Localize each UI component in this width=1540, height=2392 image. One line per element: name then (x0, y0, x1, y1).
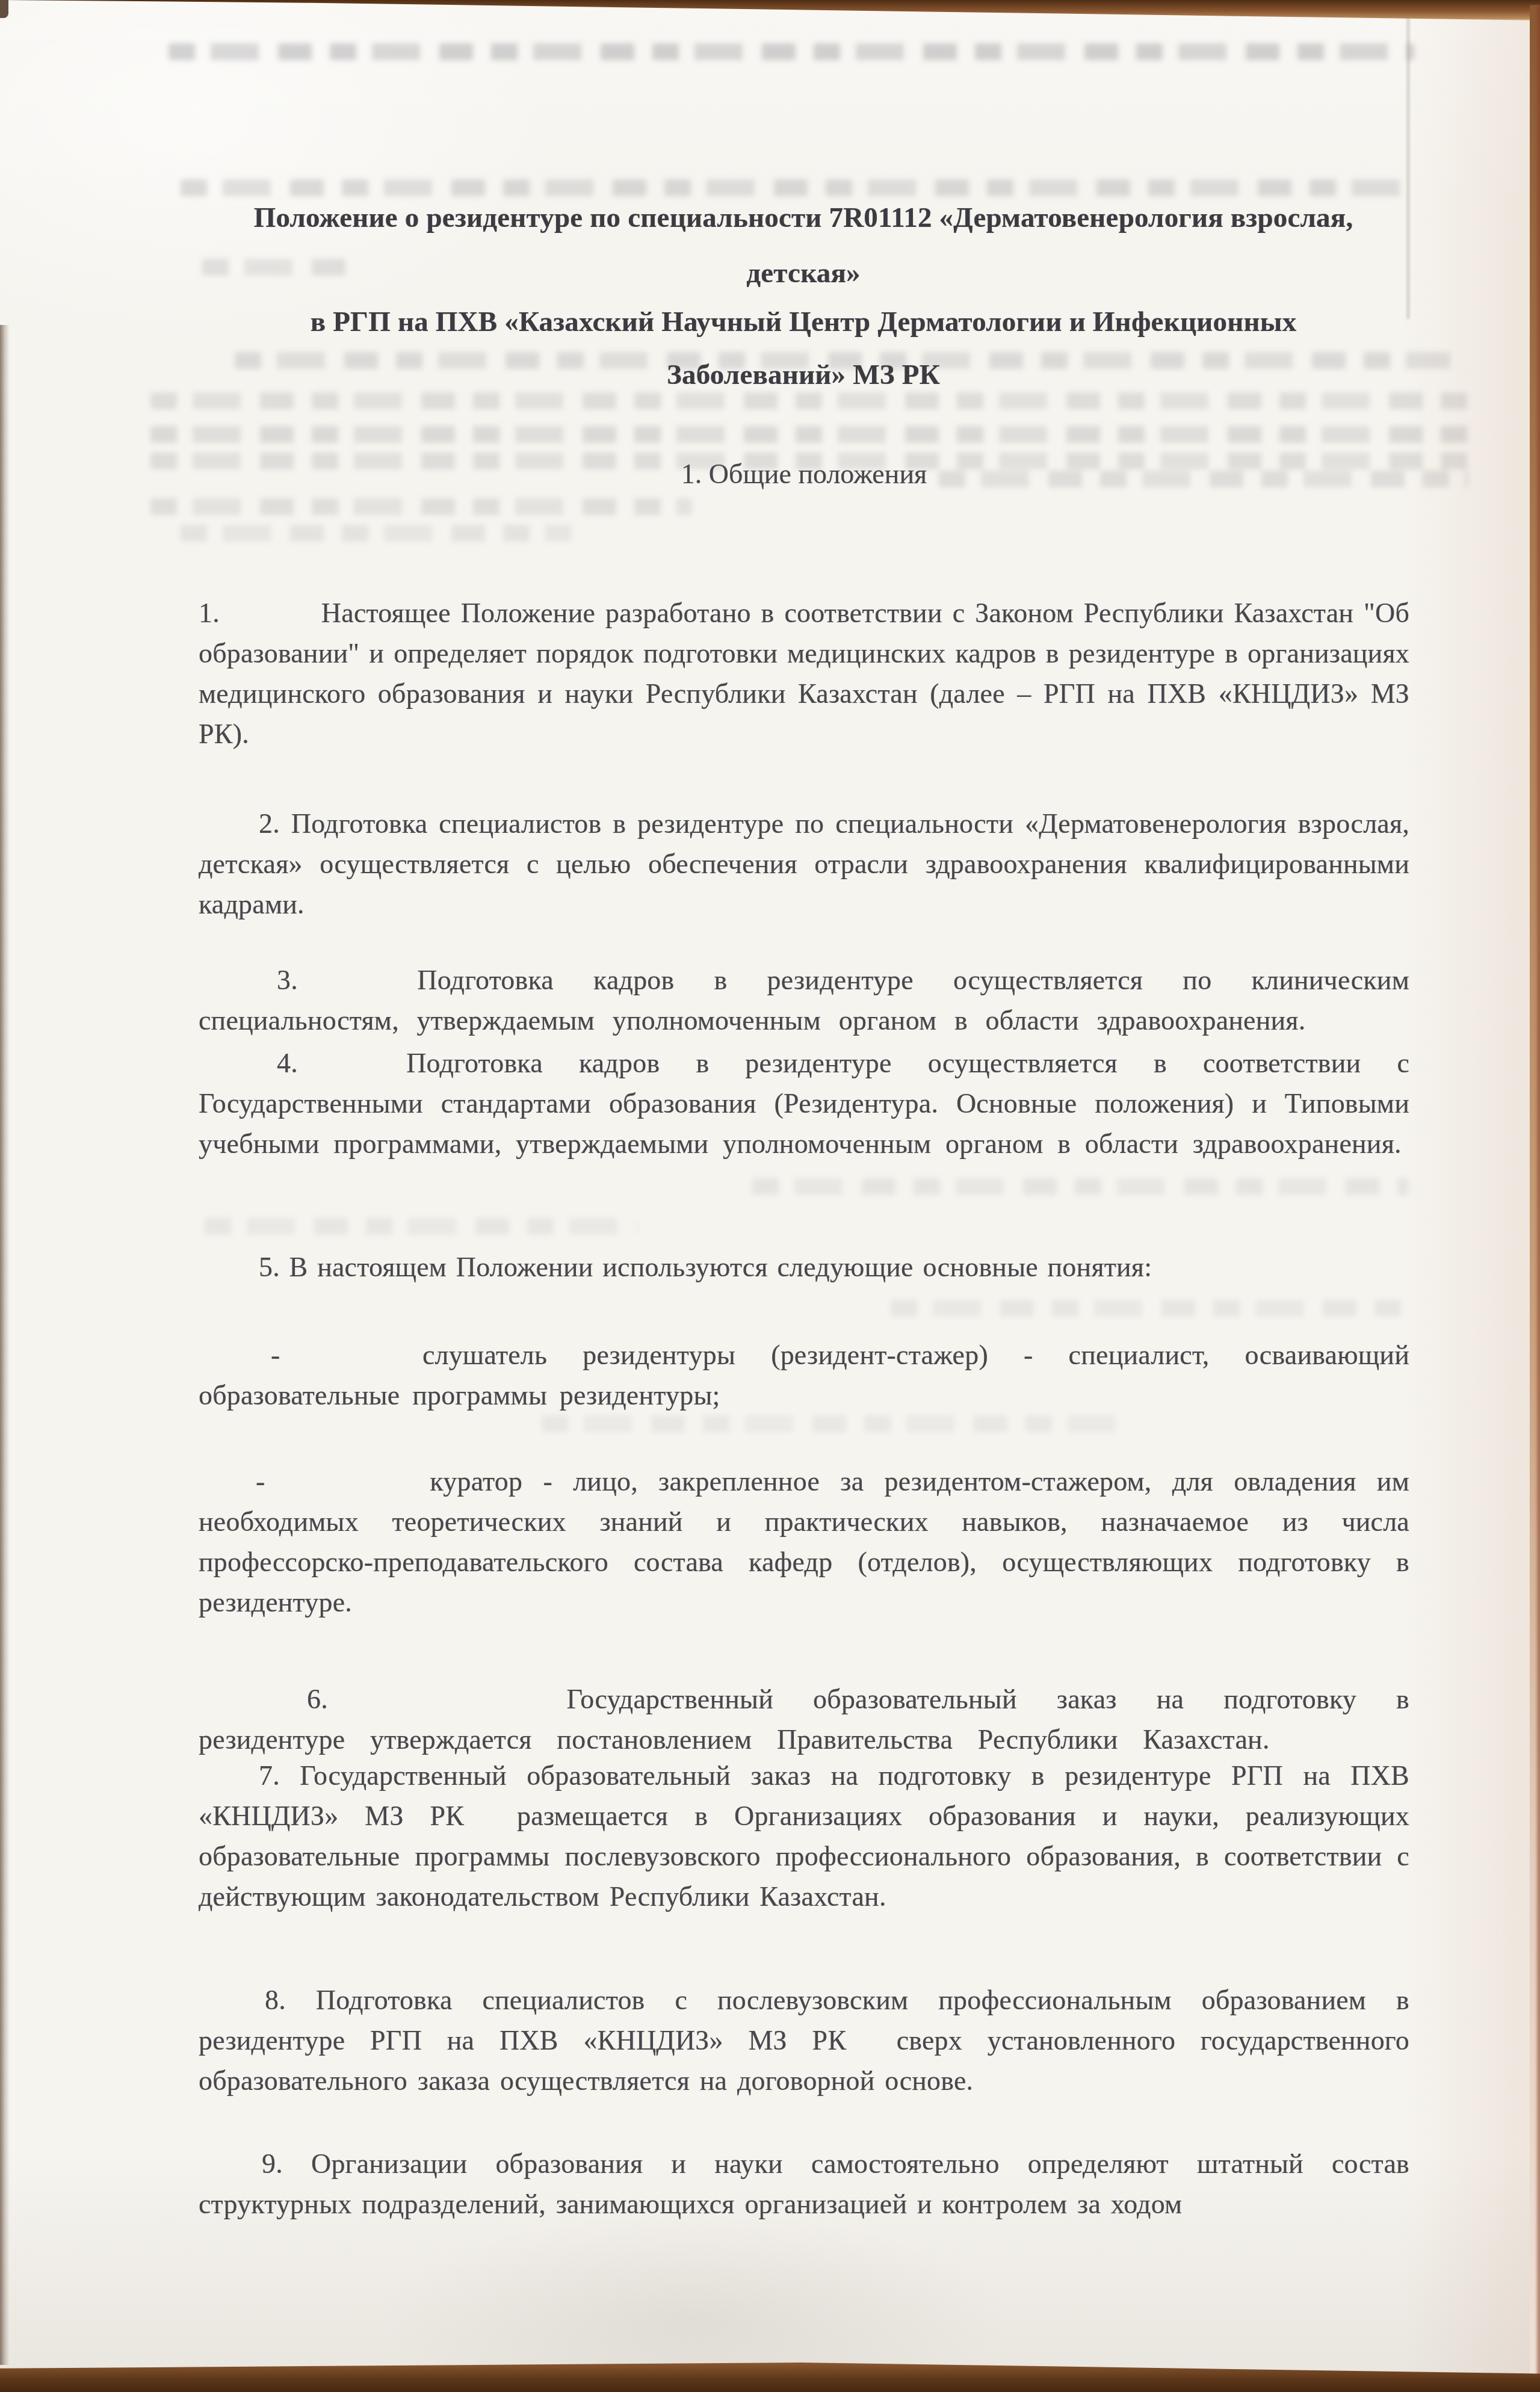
top-left-corner-mark (0, 0, 8, 18)
paragraph-3: 3. Подготовка кадров в резидентуре осуще… (199, 960, 1409, 1040)
underlying-sheet-edge (1407, 6, 1409, 319)
paragraph-8: 8. Подготовка специалистов с послевузовс… (199, 1980, 1409, 2101)
bleedthrough-line (150, 498, 692, 515)
bleedthrough-line (150, 426, 1480, 443)
paragraph-5: 5. В настоящем Положении используются сл… (199, 1247, 1409, 1287)
wood-table-right-edge (1530, 5, 1540, 2392)
paragraph-6: 6. Государственный образовательный заказ… (199, 1679, 1409, 1760)
photo-of-scanned-document: Положение о резидентуре по специальности… (0, 0, 1540, 2392)
bleedthrough-line (169, 43, 1414, 60)
document-title-line-2: детская» (181, 258, 1426, 289)
document-title-line-3: в РГП на ПХВ «Казахский Научный Центр Де… (181, 306, 1426, 338)
definition-bullet-curator: - куратор - лицо, закрепленное за резиде… (199, 1461, 1409, 1622)
section-heading: 1. Общие положения (199, 456, 1409, 492)
document-page: Положение о резидентуре по специальности… (0, 0, 1540, 2392)
paragraph-2: 2. Подготовка специалистов в резидентуре… (199, 803, 1409, 924)
bleedthrough-line (205, 1218, 638, 1235)
paragraph-7: 7. Государственный образовательный заказ… (199, 1755, 1409, 1917)
paragraph-1: 1. Настоящее Положение разработано в соо… (199, 593, 1409, 754)
bleedthrough-line (542, 1415, 1119, 1432)
bleedthrough-line (150, 392, 1480, 409)
paragraph-9: 9. Организации образования и науки самос… (199, 2143, 1409, 2224)
document-title-line-1: Положение о резидентуре по специальности… (181, 202, 1426, 233)
bleedthrough-line (181, 179, 1414, 196)
definition-bullet-listener: - слушатель резидентуры (резидент-стажер… (199, 1335, 1409, 1415)
bleedthrough-line (752, 1178, 1408, 1195)
page-left-edge-shadow (0, 325, 10, 2365)
document-title-line-4: Заболеваний» МЗ РК (181, 359, 1426, 391)
bleedthrough-line (181, 525, 572, 542)
paragraph-4: 4. Подготовка кадров в резидентуре осуще… (199, 1043, 1409, 1164)
bleedthrough-line (891, 1300, 1408, 1317)
